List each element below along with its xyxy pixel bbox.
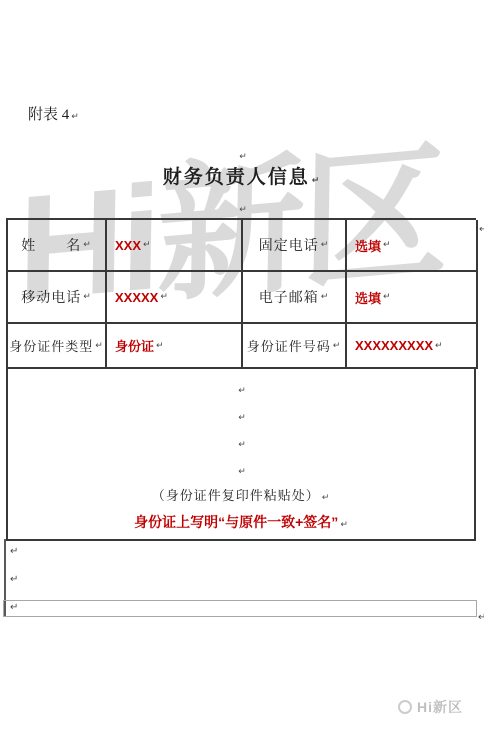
pilcrow-mark: ↵: [160, 292, 168, 302]
page-title-text: 财务负责人信息: [163, 167, 310, 188]
email-label-cell: 电子邮箱↵: [243, 272, 347, 324]
appendix-label-text: 附表 4: [28, 107, 69, 123]
fixed-phone-label: 固定电话: [259, 235, 319, 255]
row-end-pilcrow-mark: ↵: [479, 224, 484, 235]
paste-instruction-text: 身份证上写明“与原件一致+签名”: [134, 514, 338, 530]
id-number-value: XXXXXXXXX: [355, 338, 433, 353]
pilcrow-mark: ↵: [312, 176, 322, 186]
id-number-value-cell: XXXXXXXXX↵: [347, 324, 478, 369]
form-table: 姓 名↵ XXX↵ 固定电话↵ 选填↵ 移动电话↵ XXXXX↵ 电子邮箱↵ 选…: [6, 218, 476, 541]
pilcrow-mark: ↵: [156, 341, 164, 351]
pilcrow-mark: ↵: [383, 292, 391, 302]
mobile-phone-value-cell: XXXXX↵: [107, 272, 243, 324]
pilcrow-mark: ↵: [333, 341, 342, 351]
pilcrow-mark: ↵: [340, 520, 348, 530]
empty-paragraph-mark: ↵: [0, 199, 484, 217]
table-row: 移动电话↵ XXXXX↵ 电子邮箱↵ 选填↵: [8, 272, 476, 324]
pilcrow-mark: ↵: [435, 341, 443, 351]
pilcrow-mark: ↵: [321, 292, 330, 302]
paste-area-cell: ↵ ↵ ↵ ↵ （身份证件复印件粘贴处）↵ 身份证上写明“与原件一致+签名”↵: [8, 369, 476, 541]
pilcrow-mark: ↵: [383, 240, 391, 250]
paste-note: （身份证件复印件粘贴处）↵: [152, 483, 331, 508]
id-type-value: 身份证: [115, 336, 154, 355]
empty-paragraph-mark: ↵: [236, 402, 246, 429]
empty-paragraph-mark: ↵: [236, 429, 246, 456]
fixed-phone-label-cell: 固定电话↵: [243, 220, 347, 272]
row-end-pilcrow-mark: ↵: [478, 612, 484, 623]
name-label: 姓 名: [21, 235, 81, 255]
paste-note-text: （身份证件复印件粘贴处）: [152, 488, 320, 503]
pilcrow-mark: ↵: [239, 152, 247, 162]
pilcrow-mark: ↵: [143, 240, 151, 250]
pilcrow-mark: ↵: [322, 493, 331, 503]
email-label: 电子邮箱: [259, 287, 319, 307]
document-page: Hi新区 附表 4↵ ↵ 财务负责人信息↵ ↵ 姓 名↵ XXX↵ 固定电话↵ …: [0, 0, 484, 730]
empty-paragraph-mark: ↵: [236, 375, 246, 402]
mobile-phone-label: 移动电话: [21, 287, 81, 307]
name-value: XXX: [115, 238, 141, 253]
text-boundary-box: [3, 600, 477, 617]
pilcrow-mark: ↵: [238, 467, 246, 477]
appendix-label: 附表 4↵: [28, 103, 79, 124]
name-value-cell: XXX↵: [107, 220, 243, 272]
id-number-label: 身份证件号码: [247, 336, 331, 355]
id-type-label-cell: 身份证件类型↵: [8, 324, 107, 369]
pilcrow-mark: ↵: [238, 440, 246, 450]
mobile-phone-label-cell: 移动电话↵: [8, 272, 107, 324]
pilcrow-mark: ↵: [238, 413, 246, 423]
pilcrow-mark: ↵: [71, 112, 79, 122]
email-value-cell: 选填↵: [347, 272, 478, 324]
empty-paragraph-mark: ↵: [10, 574, 18, 585]
empty-paragraph-mark: ↵: [236, 456, 246, 483]
fixed-phone-value-cell: 选填↵: [347, 220, 478, 272]
brand-text: Hi新区: [417, 697, 463, 717]
email-value: 选填: [355, 288, 381, 307]
pilcrow-mark: ↵: [321, 240, 330, 250]
brand-logo: Hi新区: [398, 697, 463, 717]
id-type-label: 身份证件类型: [9, 336, 93, 355]
pilcrow-mark: ↵: [238, 386, 246, 396]
pilcrow-mark: ↵: [239, 205, 247, 215]
id-number-label-cell: 身份证件号码↵: [243, 324, 347, 369]
pilcrow-mark: ↵: [83, 240, 92, 250]
table-row: 身份证件类型↵ 身份证↵ 身份证件号码↵ XXXXXXXXX↵: [8, 324, 476, 369]
pilcrow-mark: ↵: [83, 292, 92, 302]
paste-instruction: 身份证上写明“与原件一致+签名”↵: [134, 508, 348, 536]
pilcrow-mark: ↵: [95, 341, 104, 351]
mobile-phone-value: XXXXX: [115, 290, 158, 305]
table-row: 姓 名↵ XXX↵ 固定电话↵ 选填↵: [8, 220, 476, 272]
page-title: 财务负责人信息↵: [0, 162, 484, 189]
name-label-cell: 姓 名↵: [8, 220, 107, 272]
hi-xinqu-logo-icon: [398, 700, 412, 714]
id-type-value-cell: 身份证↵: [107, 324, 243, 369]
table-row: ↵ ↵ ↵ ↵ （身份证件复印件粘贴处）↵ 身份证上写明“与原件一致+签名”↵: [8, 369, 476, 541]
fixed-phone-value: 选填: [355, 236, 381, 255]
empty-paragraph-mark: ↵: [10, 546, 18, 557]
